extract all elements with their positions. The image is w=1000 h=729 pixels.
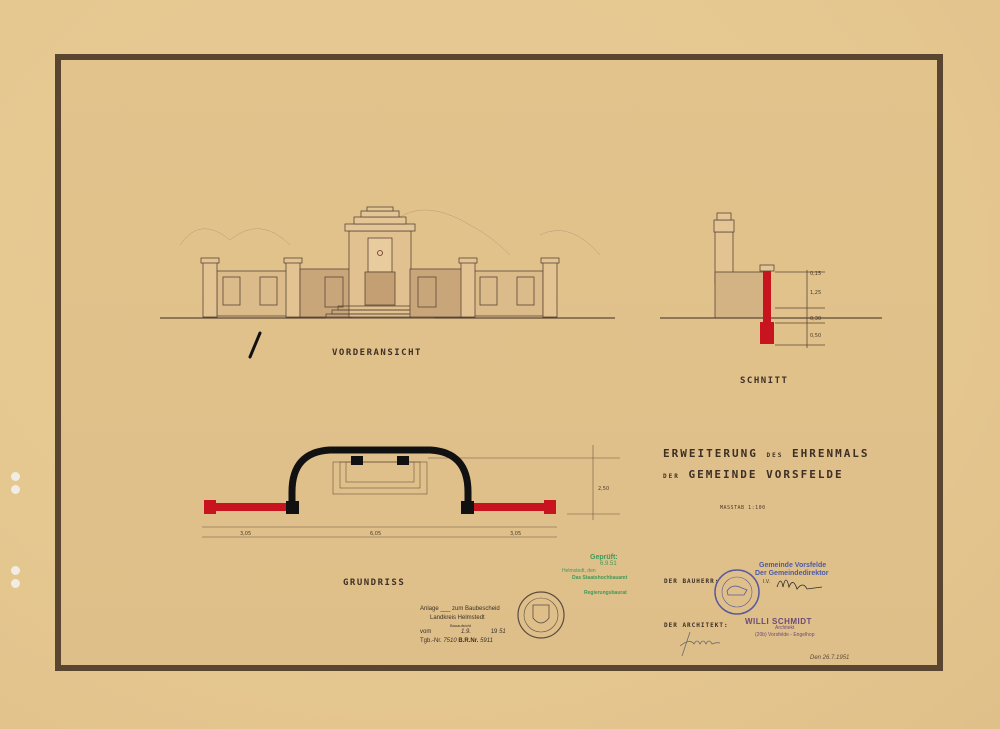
gemeinde-line1: Gemeinde Vorsfelde: [755, 562, 829, 570]
plan-dim: 6,05: [370, 531, 381, 537]
section-dim: 0,30: [810, 316, 821, 322]
architekt-signature-icon: [678, 628, 748, 658]
geprueft-line2: Das Staatshochbauamt: [562, 575, 662, 582]
title-word: GEMEINDE: [688, 468, 757, 481]
floor-plan-label: GRUNDRISS: [343, 578, 405, 588]
geprueft-line3: Regierungsbaurat: [562, 590, 662, 597]
tgb-value: 7510: [443, 638, 456, 644]
date-value: 1.9.: [433, 629, 471, 635]
plan-dim: 2,50: [598, 486, 609, 492]
approval-line2: Landkreis Helmstedt: [420, 614, 530, 623]
punch-hole: [11, 472, 20, 481]
br-value: 5911: [480, 638, 493, 644]
plan-dim: 3,05: [240, 531, 251, 537]
architekt-name: WILLI SCHMIDT: [745, 618, 814, 625]
approval-numbers: Tgb.-Nr. 7510 B.R.Nr. 5911: [420, 637, 530, 646]
front-view-label: VORDERANSICHT: [332, 348, 422, 358]
punch-hole: [11, 485, 20, 494]
title-word: DES: [766, 452, 783, 459]
title-line-1: ERWEITERUNG DES EHRENMALS: [663, 447, 870, 460]
north-arrow-icon: [245, 330, 265, 360]
punch-hole: [11, 566, 20, 575]
gemeinde-signature-icon: [775, 573, 825, 595]
architekt-stamp: WILLI SCHMIDT Architekt (20b) Vorsfelde …: [745, 618, 814, 639]
br-label: B.R.Nr.: [458, 638, 478, 644]
tgb-label: Tgb.-Nr.: [420, 638, 442, 644]
title-word: EHRENMALS: [792, 447, 870, 460]
section-label: SCHNITT: [740, 376, 788, 386]
section-dim: 0,15: [810, 271, 821, 277]
title-word: ERWEITERUNG: [663, 447, 758, 460]
floor-plan-drawing: 3,05 6,05 3,05 2,50: [180, 440, 620, 550]
approval-date: vom 1.9. 19 51: [420, 628, 530, 637]
front-view-drawing: [160, 205, 620, 325]
title-word: VORSFELDE: [766, 468, 844, 481]
date-label: vom: [420, 629, 431, 635]
punch-hole: [11, 579, 20, 588]
geprueft-line1: Helmstedt, den: [562, 568, 662, 575]
geprueft-date: 6.9.51: [562, 561, 662, 568]
footer-note: Den 26.7.1951: [810, 655, 849, 661]
year-prefix: 19: [473, 629, 498, 635]
year-value: 51: [499, 629, 506, 635]
section-drawing: 0,15 1,25 0,30 0,50: [660, 210, 890, 350]
section-dim: 1,25: [810, 290, 821, 296]
architekt-title: Architekt: [745, 625, 814, 632]
title-line-2: DER GEMEINDE VORSFELDE: [663, 468, 844, 481]
architekt-address: (20b) Vorsfelde - Engelhop: [745, 632, 814, 639]
title-word: DER: [663, 473, 680, 480]
geprueft-title: Geprüft:: [562, 554, 662, 561]
plan-dim: 3,05: [510, 531, 521, 537]
approval-form: Anlage ___ zum Baubescheid Landkreis Hel…: [420, 605, 530, 646]
scale-label: MASSTAB 1:100: [720, 505, 766, 511]
landkreis-seal-icon: [516, 590, 566, 640]
section-dim: 0,50: [810, 333, 821, 339]
geprueft-stamp: Geprüft: 6.9.51 Helmstedt, den Das Staat…: [562, 554, 662, 597]
approval-line1: Anlage ___ zum Baubescheid: [420, 605, 530, 614]
paper-sheet: VORDERANSICHT 0,15 1,25 0,30 0,50 SCHNIT…: [0, 0, 1000, 729]
